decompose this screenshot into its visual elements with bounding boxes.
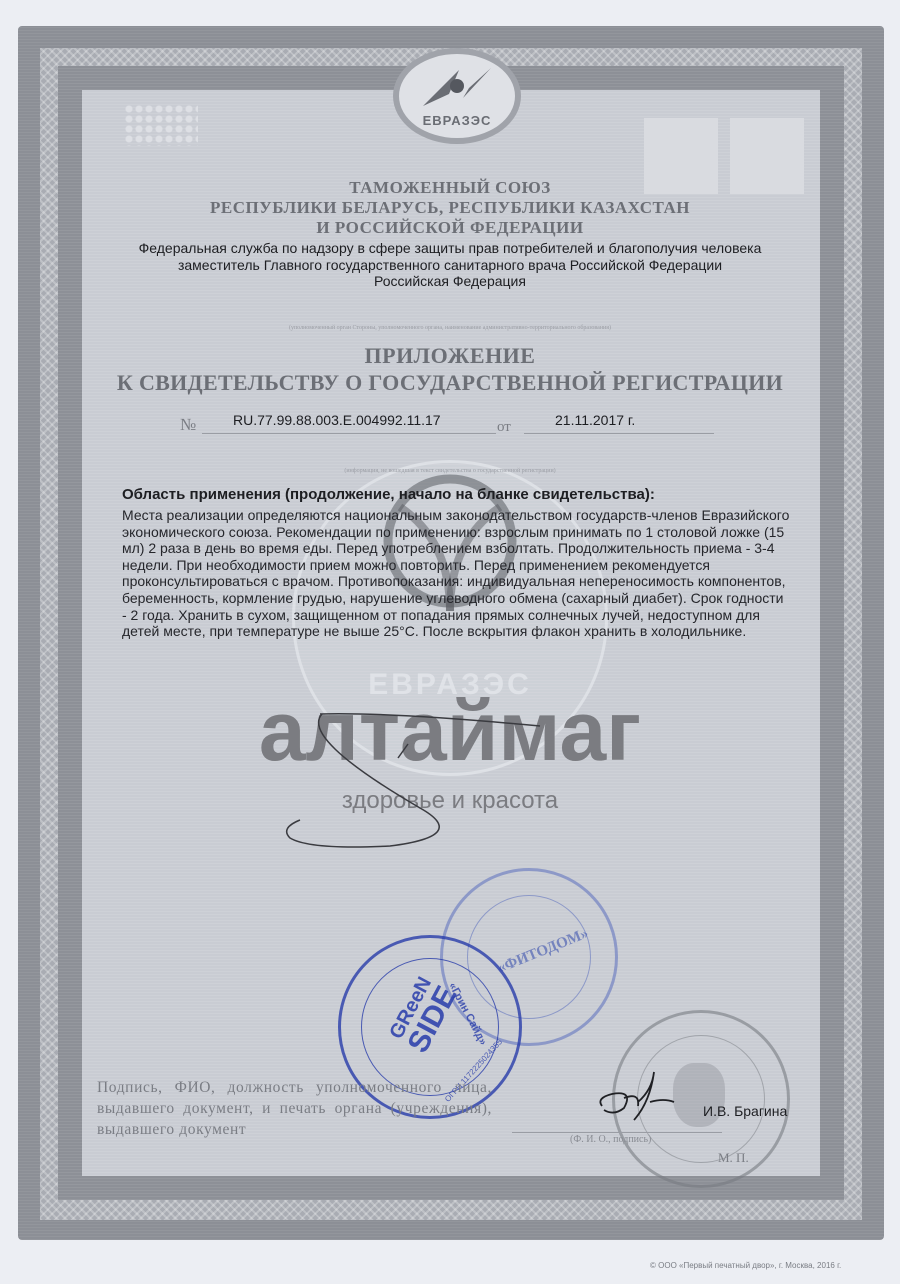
date-underline: [524, 433, 714, 434]
registration-number: RU.77.99.88.003.E.004992.11.17: [233, 412, 441, 428]
eurasec-emblem: ЕВРАЗЭС: [393, 48, 521, 144]
section-title: Область применения (продолжение, начало …: [122, 486, 655, 503]
document-title: ПРИЛОЖЕНИЕ: [0, 343, 900, 369]
pen-scribble-icon: [270, 708, 560, 858]
signature-block-label: Подпись, ФИО, должность уполномоченного …: [97, 1077, 492, 1140]
eurasec-logo-icon: [419, 64, 495, 108]
document-subtitle: К СВИДЕТЕЛЬСТВУ О ГОСУДАРСТВЕННОЙ РЕГИСТ…: [0, 370, 900, 396]
registration-row: № RU.77.99.88.003.E.004992.11.17 от 21.1…: [0, 411, 900, 435]
issuing-agency: Федеральная служба по надзору в сфере за…: [0, 240, 900, 256]
fio-caption: (Ф. И. О., подпись): [570, 1134, 651, 1145]
scope-body-text: Места реализации определяются национальн…: [122, 507, 792, 640]
signature-underline: [512, 1132, 722, 1133]
union-heading-3: И РОССИЙСКОЙ ФЕДЕРАЦИИ: [0, 218, 900, 238]
emblem-text: ЕВРАЗЭС: [423, 113, 492, 128]
signer-name: И.В. Брагина: [703, 1103, 787, 1119]
authority-caption: (уполномоченный орган Стороны, уполномоч…: [0, 325, 900, 331]
registration-caption: (информация, не вошедшая в текст свидете…: [0, 468, 900, 474]
union-heading-1: ТАМОЖЕННЫЙ СОЮЗ: [0, 178, 900, 198]
registration-date: 21.11.2017 г.: [555, 412, 635, 428]
issuer-country: Российская Федерация: [0, 273, 900, 289]
number-sign-label: №: [180, 415, 196, 435]
seal-place-label: М. П.: [718, 1150, 749, 1166]
from-label: от: [497, 419, 511, 436]
handwritten-signature-icon: [594, 1062, 684, 1124]
guilloche-pattern: [124, 104, 198, 146]
number-underline: [202, 433, 496, 434]
issuer-position: заместитель Главного государственного са…: [0, 257, 900, 273]
union-heading-2: РЕСПУБЛИКИ БЕЛАРУСЬ, РЕСПУБЛИКИ КАЗАХСТА…: [0, 198, 900, 218]
printer-credit: © ООО «Первый печатный двор», г. Москва,…: [650, 1261, 841, 1270]
